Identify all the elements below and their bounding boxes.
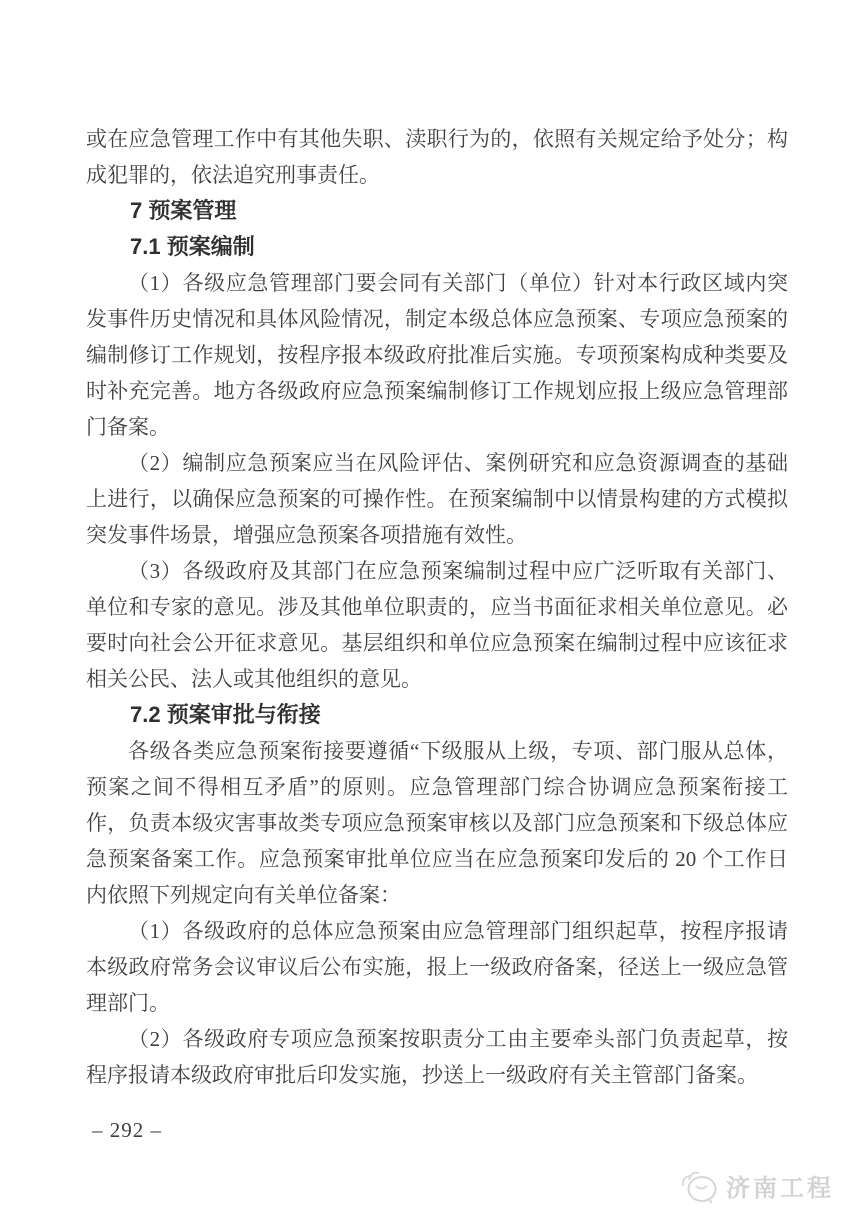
section-heading: 7.2 预案审批与衔接 [86,697,788,733]
body-paragraph: 或在应急管理工作中有其他失职、渎职行为的，依照有关规定给予处分；构成犯罪的，依法… [86,121,788,193]
document-page: 或在应急管理工作中有其他失职、渎职行为的，依照有关规定给予处分；构成犯罪的，依法… [0,0,856,1225]
body-paragraph: （3）各级政府及其部门在应急预案编制过程中应广泛听取有关部门、单位和专家的意见。… [86,553,788,697]
watermark-label: 济南工程 [726,1168,834,1203]
page-number: – 292 – [92,1118,162,1143]
section-heading: 7.1 预案编制 [86,229,788,265]
section-heading: 7 预案管理 [86,193,788,229]
watermark: 济南工程 [679,1166,834,1204]
body-paragraph: （2）编制应急预案应当在风险评估、案例研究和应急资源调查的基础上进行，以确保应急… [86,445,788,553]
watermark-doodle-bird-icon [679,1166,721,1204]
body-paragraph: （2）各级政府专项应急预案按职责分工由主要牵头部门负责起草，按程序报请本级政府审… [86,1021,788,1093]
body-paragraph: （1）各级应急管理部门要会同有关部门（单位）针对本行政区域内突发事件历史情况和具… [86,265,788,445]
body-paragraph: 各级各类应急预案衔接要遵循“下级服从上级，专项、部门服从总体，预案之间不得相互矛… [86,733,788,913]
document-content: 或在应急管理工作中有其他失职、渎职行为的，依照有关规定给予处分；构成犯罪的，依法… [86,121,788,1093]
body-paragraph: （1）各级政府的总体应急预案由应急管理部门组织起草，按程序报请本级政府常务会议审… [86,913,788,1021]
